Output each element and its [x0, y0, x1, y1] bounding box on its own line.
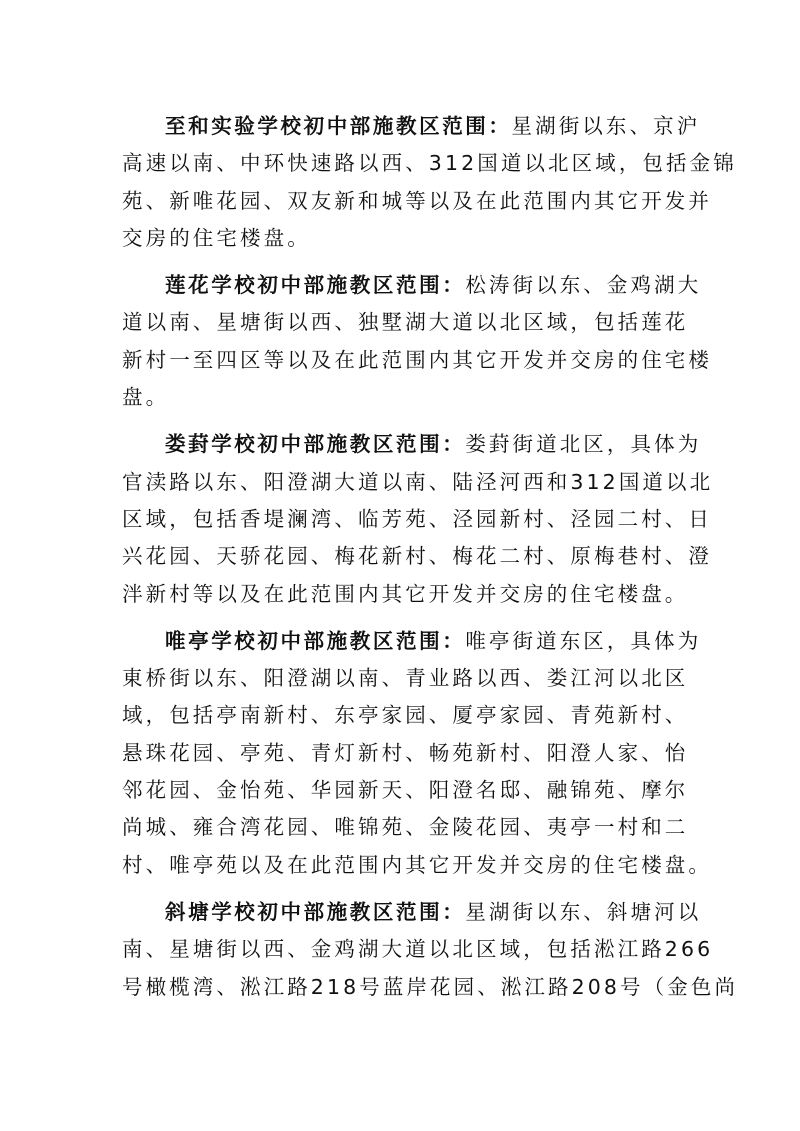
text-line: 兴花园、天骄花园、梅花新村、梅花二村、原梅巷村、澄 [122, 538, 680, 575]
document-page: 至和实验学校初中部施教区范围：星湖街以东、京沪 高速以南、中环快速路以西、312… [122, 108, 680, 1016]
text-line: 悬珠花园、亭苑、青灯新村、畅苑新村、阳澄人家、怡 [122, 735, 680, 772]
text-line: 高速以南、中环快速路以西、312国道以北区域，包括金锦 [122, 145, 680, 182]
text-line: 尚城、雍合湾花园、唯锦苑、金陵花园、夷亭一村和二 [122, 809, 680, 846]
paragraph-heading: 至和实验学校初中部施教区范围： [165, 114, 512, 138]
text-line: 南、星塘街以西、金鸡湖大道以北区域，包括淞江路266 [122, 931, 680, 968]
text-line: 莲花学校初中部施教区范围：松涛街以东、金鸡湖大 [122, 267, 680, 304]
text-line: 区域，包括香堤澜湾、临芳苑、泾园新村、泾园二村、日 [122, 501, 680, 538]
paragraph-loufeng: 娄葑学校初中部施教区范围：娄葑街道北区，具体为 官渎路以东、阳澄湖大道以南、陆泾… [122, 426, 680, 612]
text-line: 域，包括亭南新村、东亭家园、厦亭家园、青苑新村、 [122, 697, 680, 734]
text-line: 斜塘学校初中部施教区范围：星湖街以东、斜塘河以 [122, 894, 680, 931]
text-line: 苑、新唯花园、双友新和城等以及在此范围内其它开发并 [122, 183, 680, 220]
text-line: 邻花园、金怡苑、华园新天、阳澄名邸、融锦苑、摩尔 [122, 772, 680, 809]
text-line: 盘。 [122, 379, 680, 416]
text-line: 東桥街以东、阳澄湖以南、青业路以西、娄江河以北区 [122, 660, 680, 697]
paragraph-heading: 唯亭学校初中部施教区范围： [165, 629, 465, 653]
paragraph-zhihe: 至和实验学校初中部施教区范围：星湖街以东、京沪 高速以南、中环快速路以西、312… [122, 108, 680, 257]
text-line: 道以南、星塘街以西、独墅湖大道以北区域，包括莲花 [122, 304, 680, 341]
text-line: 号橄榄湾、淞江路218号蓝岸花园、淞江路208号（金色尚 [122, 969, 680, 1006]
text-line: 交房的住宅楼盘。 [122, 220, 680, 257]
text-line: 村、唯亭苑以及在此范围内其它开发并交房的住宅楼盘。 [122, 847, 680, 884]
paragraph-weiting: 唯亭学校初中部施教区范围：唯亭街道东区，具体为 東桥街以东、阳澄湖以南、青业路以… [122, 623, 680, 884]
paragraph-heading: 娄葑学校初中部施教区范围： [165, 432, 465, 456]
text-line: 唯亭学校初中部施教区范围：唯亭街道东区，具体为 [122, 623, 680, 660]
paragraph-lianhua: 莲花学校初中部施教区范围：松涛街以东、金鸡湖大 道以南、星塘街以西、独墅湖大道以… [122, 267, 680, 416]
text-line: 泮新村等以及在此范围内其它开发并交房的住宅楼盘。 [122, 576, 680, 613]
text-line: 娄葑学校初中部施教区范围：娄葑街道北区，具体为 [122, 426, 680, 463]
paragraph-xietang: 斜塘学校初中部施教区范围：星湖街以东、斜塘河以 南、星塘街以西、金鸡湖大道以北区… [122, 894, 680, 1006]
paragraph-heading: 莲花学校初中部施教区范围： [165, 273, 465, 297]
text-line: 官渎路以东、阳澄湖大道以南、陆泾河西和312国道以北 [122, 464, 680, 501]
text-line: 至和实验学校初中部施教区范围：星湖街以东、京沪 [122, 108, 680, 145]
text-line: 新村一至四区等以及在此范围内其它开发并交房的住宅楼 [122, 342, 680, 379]
paragraph-heading: 斜塘学校初中部施教区范围： [165, 900, 465, 924]
